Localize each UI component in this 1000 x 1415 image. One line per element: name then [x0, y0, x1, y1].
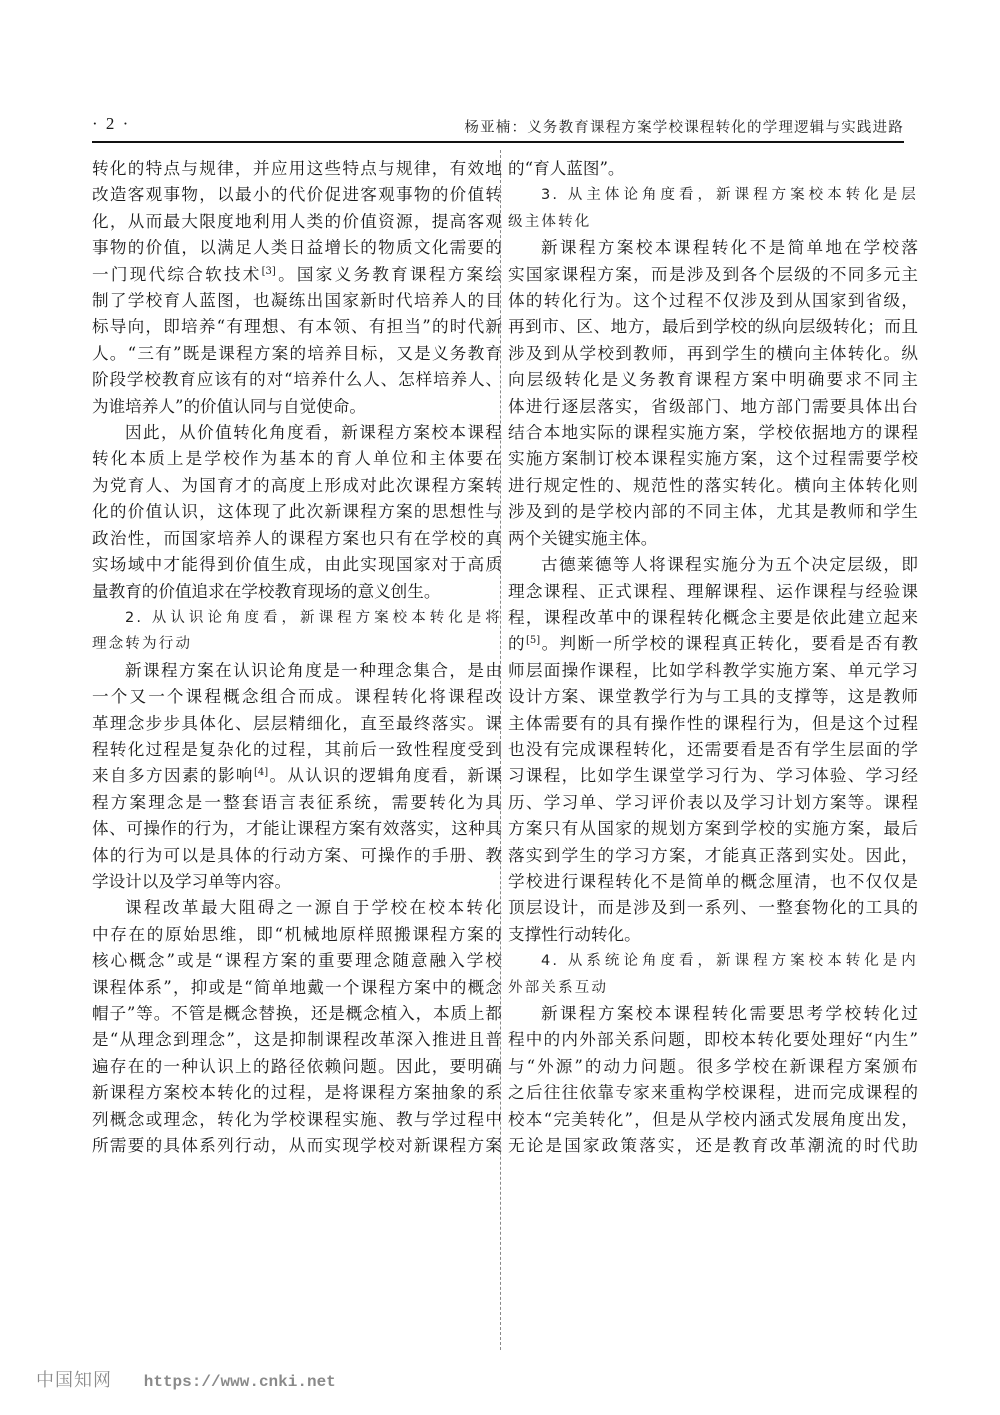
text-line: 因此，从价值转化角度看，新课程方案校本课程 — [92, 420, 502, 446]
line-text: 转化本质上是学校作为基本的育人单位和主体要在 — [92, 449, 502, 468]
text-line: 支撑性行动转化。 — [508, 922, 918, 948]
line-text: 一门现代综合软技术 — [92, 265, 262, 284]
line-text: 习课程，比如学生课堂学习行为、学习体验、学习经 — [508, 766, 918, 785]
citation-ref[interactable]: [3] — [262, 266, 276, 277]
text-line: 标导向，即培养“有理想、有本领、有担当”的时代新 — [92, 314, 502, 340]
line-text: 。从认识的逻辑角度看，新课 — [268, 766, 502, 785]
cnki-url[interactable]: https://www.cnki.net — [144, 1373, 336, 1391]
text-line: 落实到学生的学习方案，才能真正落到实处。因此， — [508, 843, 918, 869]
text-line: 涉及到从学校到教师，再到学生的横向主体转化。纵 — [508, 341, 918, 367]
text-line: 新课程方案校本课程转化不是简单地在学校落 — [508, 235, 918, 261]
section-heading-line: 级主体转化 — [508, 209, 918, 235]
text-line: 政治性，而国家培养人的课程方案也只有在学校的真 — [92, 526, 502, 552]
line-text: 校本“完美转化”，但是从学校内涵式发展角度出发， — [508, 1110, 918, 1129]
line-text: 标导向，即培养“有理想、有本领、有担当”的时代新 — [92, 317, 502, 336]
text-line: 程中的内外部关系问题，即校本转化要处理好“内生” — [508, 1027, 918, 1053]
text-line: 阶段学校教育应该有的对“培养什么人、怎样培养人、 — [92, 367, 502, 393]
text-line: 为党育人、为国育才的高度上形成对此次课程方案转 — [92, 473, 502, 499]
line-text: 4. 从系统论角度看，新课程方案校本转化是内 — [541, 953, 918, 969]
line-text: 列概念或理念，转化为学校课程实施、教与学过程中 — [92, 1110, 502, 1129]
text-line: 也没有完成课程转化，还需要看是否有学生层面的学 — [508, 737, 918, 763]
line-text: 制了学校育人蓝图，也凝练出国家新时代培养人的目 — [92, 291, 502, 310]
text-line: 来自多方因素的影响[4]。从认识的逻辑角度看，新课 — [92, 763, 502, 789]
text-line: 核心概念”或是“课程方案的重要理念随意融入学校 — [92, 948, 502, 974]
text-line: 历、学习单、学习评价表以及学习计划方案等。课程 — [508, 790, 918, 816]
text-line: 新课程方案校本课程转化需要思考学校转化过 — [508, 1001, 918, 1027]
text-line: 体的转化行为。这个过程不仅涉及到从国家到省级， — [508, 288, 918, 314]
text-line: 程，课程改革中的课程转化概念主要是依此建立起来 — [508, 605, 918, 631]
text-line: 结合本地实际的课程实施方案，学校依据地方的课程 — [508, 420, 918, 446]
line-text: 体的转化行为。这个过程不仅涉及到从国家到省级， — [508, 291, 918, 310]
line-text: 设计方案、课堂教学行为与工具的支撑等，这是教师 — [508, 687, 918, 706]
text-line: 一个又一个课程概念组合而成。课程转化将课程改 — [92, 684, 502, 710]
line-text: 因此，从价值转化角度看，新课程方案校本课程 — [125, 423, 502, 442]
line-text: 体的行为可以是具体的行动方案、可操作的手册、教 — [92, 846, 502, 865]
line-text: 一个又一个课程概念组合而成。课程转化将课程改 — [92, 687, 502, 706]
text-line: 涉及到的是学校内部的不同主体，尤其是教师和学生 — [508, 499, 918, 525]
line-text: 落实到学生的学习方案，才能真正落到实处。因此， — [508, 846, 918, 865]
header-rule — [92, 141, 904, 143]
line-text: 之后往往依靠专家来重构学校课程，进而完成课程的 — [508, 1083, 918, 1102]
text-line: 新课程方案在认识论角度是一种理念集合，是由 — [92, 658, 502, 684]
text-line: 主体需要有的具有操作性的课程行为，但是这个过程 — [508, 711, 918, 737]
line-text: 所需要的具体系列行动，从而实现学校对新课程方案 — [92, 1136, 502, 1155]
text-line: 新课程方案校本转化的过程，是将课程方案抽象的系 — [92, 1080, 502, 1106]
line-text: 级主体转化 — [508, 214, 592, 230]
text-line: 校本“完美转化”，但是从学校内涵式发展角度出发， — [508, 1107, 918, 1133]
line-text: 历、学习单、学习评价表以及学习计划方案等。课程 — [508, 793, 918, 812]
text-line: 习课程，比如学生课堂学习行为、学习体验、学习经 — [508, 763, 918, 789]
text-line: 实施方案制订校本课程实施方案，这个过程需要学校 — [508, 446, 918, 472]
text-line: 化的价值认识，这体现了此次新课程方案的思想性与 — [92, 499, 502, 525]
line-text: 涉及到从学校到教师，再到学生的横向主体转化。纵 — [508, 344, 918, 363]
text-line: 顶层设计，而是涉及到一系列、一整套物化的工具的 — [508, 895, 918, 921]
text-line: 课程改革最大阻碍之一源自于学校在校本转化 — [92, 895, 502, 921]
line-text: 与“外源”的动力问题。很多学校在新课程方案颁布 — [508, 1057, 918, 1076]
line-text: 帽子”等。不管是概念替换，还是概念植入，本质上都 — [92, 1004, 502, 1023]
section-heading-line: 2. 从认识论角度看，新课程方案校本转化是将 — [92, 605, 502, 631]
text-line: 中存在的原始思维，即“机械地原样照搬课程方案的 — [92, 922, 502, 948]
line-text: 是“从理念到理念”，这是抑制课程改革深入推进且普 — [92, 1030, 502, 1049]
text-line: 理念课程、正式课程、理解课程、运作课程与经验课 — [508, 579, 918, 605]
line-text: 的“育人蓝图”。 — [508, 159, 625, 178]
text-line: 革理念步步具体化、层层精细化，直至最终落实。课 — [92, 711, 502, 737]
line-text: 涉及到的是学校内部的不同主体，尤其是教师和学生 — [508, 502, 918, 521]
line-text: 学设计以及学习单等内容。 — [92, 872, 291, 891]
footer-watermark: 中国知网 https://www.cnki.net — [36, 1366, 336, 1392]
line-text: 方案只有从国家的规划方案到学校的实施方案，最后 — [508, 819, 918, 838]
line-text: 实施方案制订校本课程实施方案，这个过程需要学校 — [508, 449, 918, 468]
text-line: 之后往往依靠专家来重构学校课程，进而完成课程的 — [508, 1080, 918, 1106]
text-line: 的“育人蓝图”。 — [508, 156, 918, 182]
line-text: 外部关系互动 — [508, 980, 608, 996]
line-text: 理念转为行动 — [92, 636, 192, 652]
text-line: 转化的特点与规律，并应用这些特点与规律，有效地 — [92, 156, 502, 182]
line-text: 。国家义务教育课程方案绘 — [276, 265, 502, 284]
line-text: 课程体系”，抑或是“简单地戴一个课程方案中的概念 — [92, 978, 502, 997]
citation-ref[interactable]: [4] — [254, 767, 268, 778]
text-line: 为谁培养人”的价值认同与自觉使命。 — [92, 394, 502, 420]
line-text: 来自多方因素的影响 — [92, 766, 254, 785]
text-line: 改造客观事物，以最小的代价促进客观事物的价值转 — [92, 182, 502, 208]
line-text: 古德莱德等人将课程实施分为五个决定层级，即 — [541, 555, 918, 574]
line-text: 2. 从认识论角度看，新课程方案校本转化是将 — [125, 610, 502, 626]
line-text: 理念课程、正式课程、理解课程、运作课程与经验课 — [508, 582, 918, 601]
text-line: 两个关键实施主体。 — [508, 526, 918, 552]
line-text: 核心概念”或是“课程方案的重要理念随意融入学校 — [92, 951, 502, 970]
line-text: 政治性，而国家培养人的课程方案也只有在学校的真 — [92, 529, 502, 548]
text-line: 设计方案、课堂教学行为与工具的支撑等，这是教师 — [508, 684, 918, 710]
line-text: 进行规定性的、规范性的落实转化。横向主体转化则 — [508, 476, 918, 495]
text-line: 古德莱德等人将课程实施分为五个决定层级，即 — [508, 552, 918, 578]
text-line: 体、可操作的行为，才能让课程方案有效落实，这种具 — [92, 816, 502, 842]
line-text: 两个关键实施主体。 — [508, 529, 657, 548]
line-text: 新课程方案在认识论角度是一种理念集合，是由 — [125, 661, 502, 680]
text-line: 课程体系”，抑或是“简单地戴一个课程方案中的概念 — [92, 975, 502, 1001]
text-line: 程转化过程是复杂化的过程，其前后一致性程度受到 — [92, 737, 502, 763]
citation-ref[interactable]: [5] — [526, 635, 540, 646]
line-text: 实国家课程方案，而是涉及到各个层级的不同多元主 — [508, 265, 918, 284]
line-text: 新课程方案校本转化的过程，是将课程方案抽象的系 — [92, 1083, 502, 1102]
line-text: 支撑性行动转化。 — [508, 925, 641, 944]
line-text: 新课程方案校本课程转化需要思考学校转化过 — [541, 1004, 918, 1023]
line-text: 新课程方案校本课程转化不是简单地在学校落 — [541, 238, 918, 257]
line-text: 转化的特点与规律，并应用这些特点与规律，有效地 — [92, 159, 502, 178]
text-line: 一门现代综合软技术[3]。国家义务教育课程方案绘 — [92, 262, 502, 288]
column-divider — [500, 150, 501, 1350]
text-line: 列概念或理念，转化为学校课程实施、教与学过程中 — [92, 1107, 502, 1133]
line-text: 事物的价值，以满足人类日益增长的物质文化需要的 — [92, 238, 502, 257]
line-text: 化的价值认识，这体现了此次新课程方案的思想性与 — [92, 502, 502, 521]
line-text: 结合本地实际的课程实施方案，学校依据地方的课程 — [508, 423, 918, 442]
text-line: 进行规定性的、规范性的落实转化。横向主体转化则 — [508, 473, 918, 499]
line-text: 程方案理念是一整套语言表征系统，需要转化为具 — [92, 793, 502, 812]
text-line: 化，从而最大限度地利用人类的价值资源，提高客观 — [92, 209, 502, 235]
section-heading-line: 4. 从系统论角度看，新课程方案校本转化是内 — [508, 948, 918, 974]
line-text: 学校进行课程转化不是简单的概念厘清，也不仅仅是 — [508, 872, 918, 891]
text-line: 是“从理念到理念”，这是抑制课程改革深入推进且普 — [92, 1027, 502, 1053]
text-line: 转化本质上是学校作为基本的育人单位和主体要在 — [92, 446, 502, 472]
line-text: 遍存在的一种认识上的路径依赖问题。因此，要明确 — [92, 1057, 502, 1076]
line-text: 为谁培养人”的价值认同与自觉使命。 — [92, 397, 366, 416]
text-line: 向层级转化是义务教育课程方案中明确要求不同主 — [508, 367, 918, 393]
section-heading-line: 理念转为行动 — [92, 631, 502, 657]
line-text: 程，课程改革中的课程转化概念主要是依此建立起来 — [508, 608, 918, 627]
text-line: 师层面操作课程，比如学科教学实施方案、单元学习 — [508, 658, 918, 684]
text-line: 帽子”等。不管是概念替换，还是概念植入，本质上都 — [92, 1001, 502, 1027]
line-text: 中存在的原始思维，即“机械地原样照搬课程方案的 — [92, 925, 502, 944]
text-line: 学校进行课程转化不是简单的概念厘清，也不仅仅是 — [508, 869, 918, 895]
page-number: · 2 · — [92, 114, 130, 134]
section-heading-line: 外部关系互动 — [508, 975, 918, 1001]
line-text: 。判断一所学校的课程真正转化，要看是否有教 — [540, 634, 918, 653]
line-text: 化，从而最大限度地利用人类的价值资源，提高客观 — [92, 212, 502, 231]
text-line: 无论是国家政策落实，还是教育改革潮流的时代助 — [508, 1133, 918, 1159]
line-text: 再到市、区、地方，最后到学校的纵向层级转化；而且 — [508, 317, 918, 336]
running-title: 杨亚楠：义务教育课程方案学校课程转化的学理逻辑与实践进路 — [464, 116, 904, 137]
text-line: 方案只有从国家的规划方案到学校的实施方案，最后 — [508, 816, 918, 842]
line-text: 主体需要有的具有操作性的课程行为，但是这个过程 — [508, 714, 918, 733]
left-column: 转化的特点与规律，并应用这些特点与规律，有效地改造客观事物，以最小的代价促进客观… — [92, 156, 502, 1159]
line-text: 人。“三有”既是课程方案的培养目标，又是义务教育 — [92, 344, 502, 363]
line-text: 体、可操作的行为，才能让课程方案有效落实，这种具 — [92, 819, 502, 838]
line-text: 体进行逐层落实，省级部门、地方部门需要具体出台 — [508, 397, 918, 416]
line-text: 向层级转化是义务教育课程方案中明确要求不同主 — [508, 370, 918, 389]
line-text: 课程改革最大阻碍之一源自于学校在校本转化 — [125, 898, 502, 917]
line-text: 顶层设计，而是涉及到一系列、一整套物化的工具的 — [508, 898, 918, 917]
line-text: 程转化过程是复杂化的过程，其前后一致性程度受到 — [92, 740, 502, 759]
line-text: 实场域中才能得到价值生成，由此实现国家对于高质 — [92, 555, 502, 574]
text-line: 程方案理念是一整套语言表征系统，需要转化为具 — [92, 790, 502, 816]
section-heading-line: 3. 从主体论角度看，新课程方案校本转化是层 — [508, 182, 918, 208]
line-text: 改造客观事物，以最小的代价促进客观事物的价值转 — [92, 185, 502, 204]
line-text: 革理念步步具体化、层层精细化，直至最终落实。课 — [92, 714, 502, 733]
page-header: · 2 · 杨亚楠：义务教育课程方案学校课程转化的学理逻辑与实践进路 — [92, 112, 904, 140]
text-line: 量教育的价值追求在学校教育现场的意义创生。 — [92, 579, 502, 605]
text-line: 体进行逐层落实，省级部门、地方部门需要具体出台 — [508, 394, 918, 420]
text-line: 人。“三有”既是课程方案的培养目标，又是义务教育 — [92, 341, 502, 367]
right-column: 的“育人蓝图”。3. 从主体论角度看，新课程方案校本转化是层级主体转化新课程方案… — [508, 156, 918, 1159]
text-line: 再到市、区、地方，最后到学校的纵向层级转化；而且 — [508, 314, 918, 340]
text-line: 与“外源”的动力问题。很多学校在新课程方案颁布 — [508, 1054, 918, 1080]
line-text: 的 — [508, 634, 526, 653]
line-text: 也没有完成课程转化，还需要看是否有学生层面的学 — [508, 740, 918, 759]
text-line: 实场域中才能得到价值生成，由此实现国家对于高质 — [92, 552, 502, 578]
text-line: 的[5]。判断一所学校的课程真正转化，要看是否有教 — [508, 631, 918, 657]
text-line: 所需要的具体系列行动，从而实现学校对新课程方案 — [92, 1133, 502, 1159]
text-line: 实国家课程方案，而是涉及到各个层级的不同多元主 — [508, 262, 918, 288]
line-text: 量教育的价值追求在学校教育现场的意义创生。 — [92, 582, 440, 601]
cnki-brand: 中国知网 — [36, 1370, 112, 1391]
line-text: 阶段学校教育应该有的对“培养什么人、怎样培养人、 — [92, 370, 502, 389]
line-text: 无论是国家政策落实，还是教育改革潮流的时代助 — [508, 1136, 918, 1155]
text-line: 制了学校育人蓝图，也凝练出国家新时代培养人的目 — [92, 288, 502, 314]
text-line: 事物的价值，以满足人类日益增长的物质文化需要的 — [92, 235, 502, 261]
line-text: 师层面操作课程，比如学科教学实施方案、单元学习 — [508, 661, 918, 680]
line-text: 3. 从主体论角度看，新课程方案校本转化是层 — [541, 187, 918, 203]
line-text: 为党育人、为国育才的高度上形成对此次课程方案转 — [92, 476, 502, 495]
text-line: 遍存在的一种认识上的路径依赖问题。因此，要明确 — [92, 1054, 502, 1080]
text-line: 体的行为可以是具体的行动方案、可操作的手册、教 — [92, 843, 502, 869]
line-text: 程中的内外部关系问题，即校本转化要处理好“内生” — [508, 1030, 918, 1049]
text-line: 学设计以及学习单等内容。 — [92, 869, 502, 895]
